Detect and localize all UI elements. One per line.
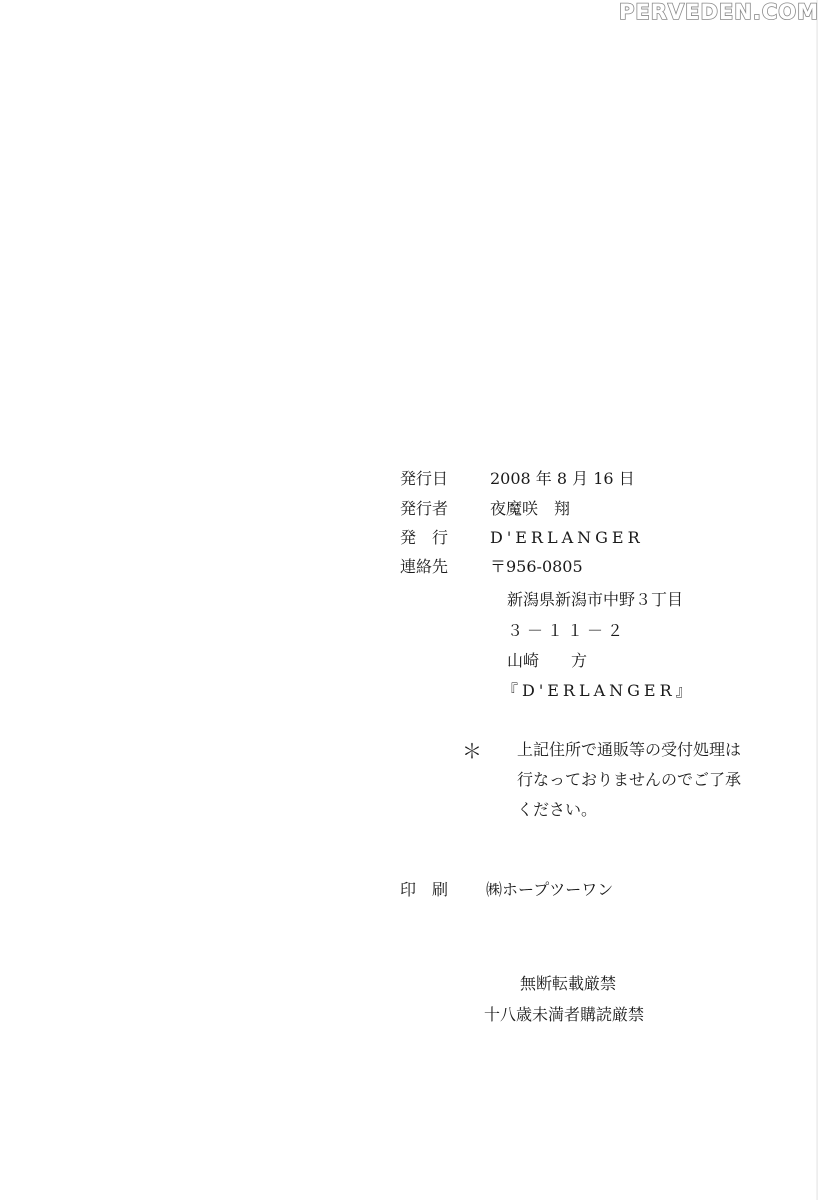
note-asterisk: ＊ (462, 735, 482, 764)
address-line: 新潟県新潟市中野３丁目 (507, 587, 683, 610)
contact-label: 連絡先 (400, 557, 448, 577)
address-line: 『D'ERLANGER』 (502, 678, 696, 701)
no-reprint-notice: 無断転載厳禁 (520, 971, 616, 994)
note-line: 上記住所で通販等の受付処理は (517, 737, 741, 760)
publisher-value: D'ERLANGER (490, 528, 644, 548)
publication-date-label: 発行日 (400, 469, 448, 489)
age-restriction-notice: 十八歳未満者購読厳禁 (484, 1002, 644, 1025)
address-line: ３－１１－２ (507, 618, 627, 641)
address-line: 山崎 方 (507, 648, 587, 671)
postal-code: 〒956-0805 (490, 557, 583, 577)
note-line: 行なっておりませんのでご了承 (517, 767, 741, 790)
publisher-label: 発 行 (400, 528, 448, 548)
publisher-person-value: 夜魔咲 翔 (490, 499, 570, 519)
colophon: 発行日 2008 年 8 月 16 日 発行者 夜魔咲 翔 発 行 D'ERLA… (0, 0, 825, 1200)
note-line: ください。 (517, 797, 597, 820)
printer-label: 印 刷 (400, 880, 448, 900)
publisher-person-label: 発行者 (400, 499, 448, 519)
printer-value: ㈱ホープツーワン (486, 880, 613, 900)
publication-date-value: 2008 年 8 月 16 日 (490, 469, 635, 489)
